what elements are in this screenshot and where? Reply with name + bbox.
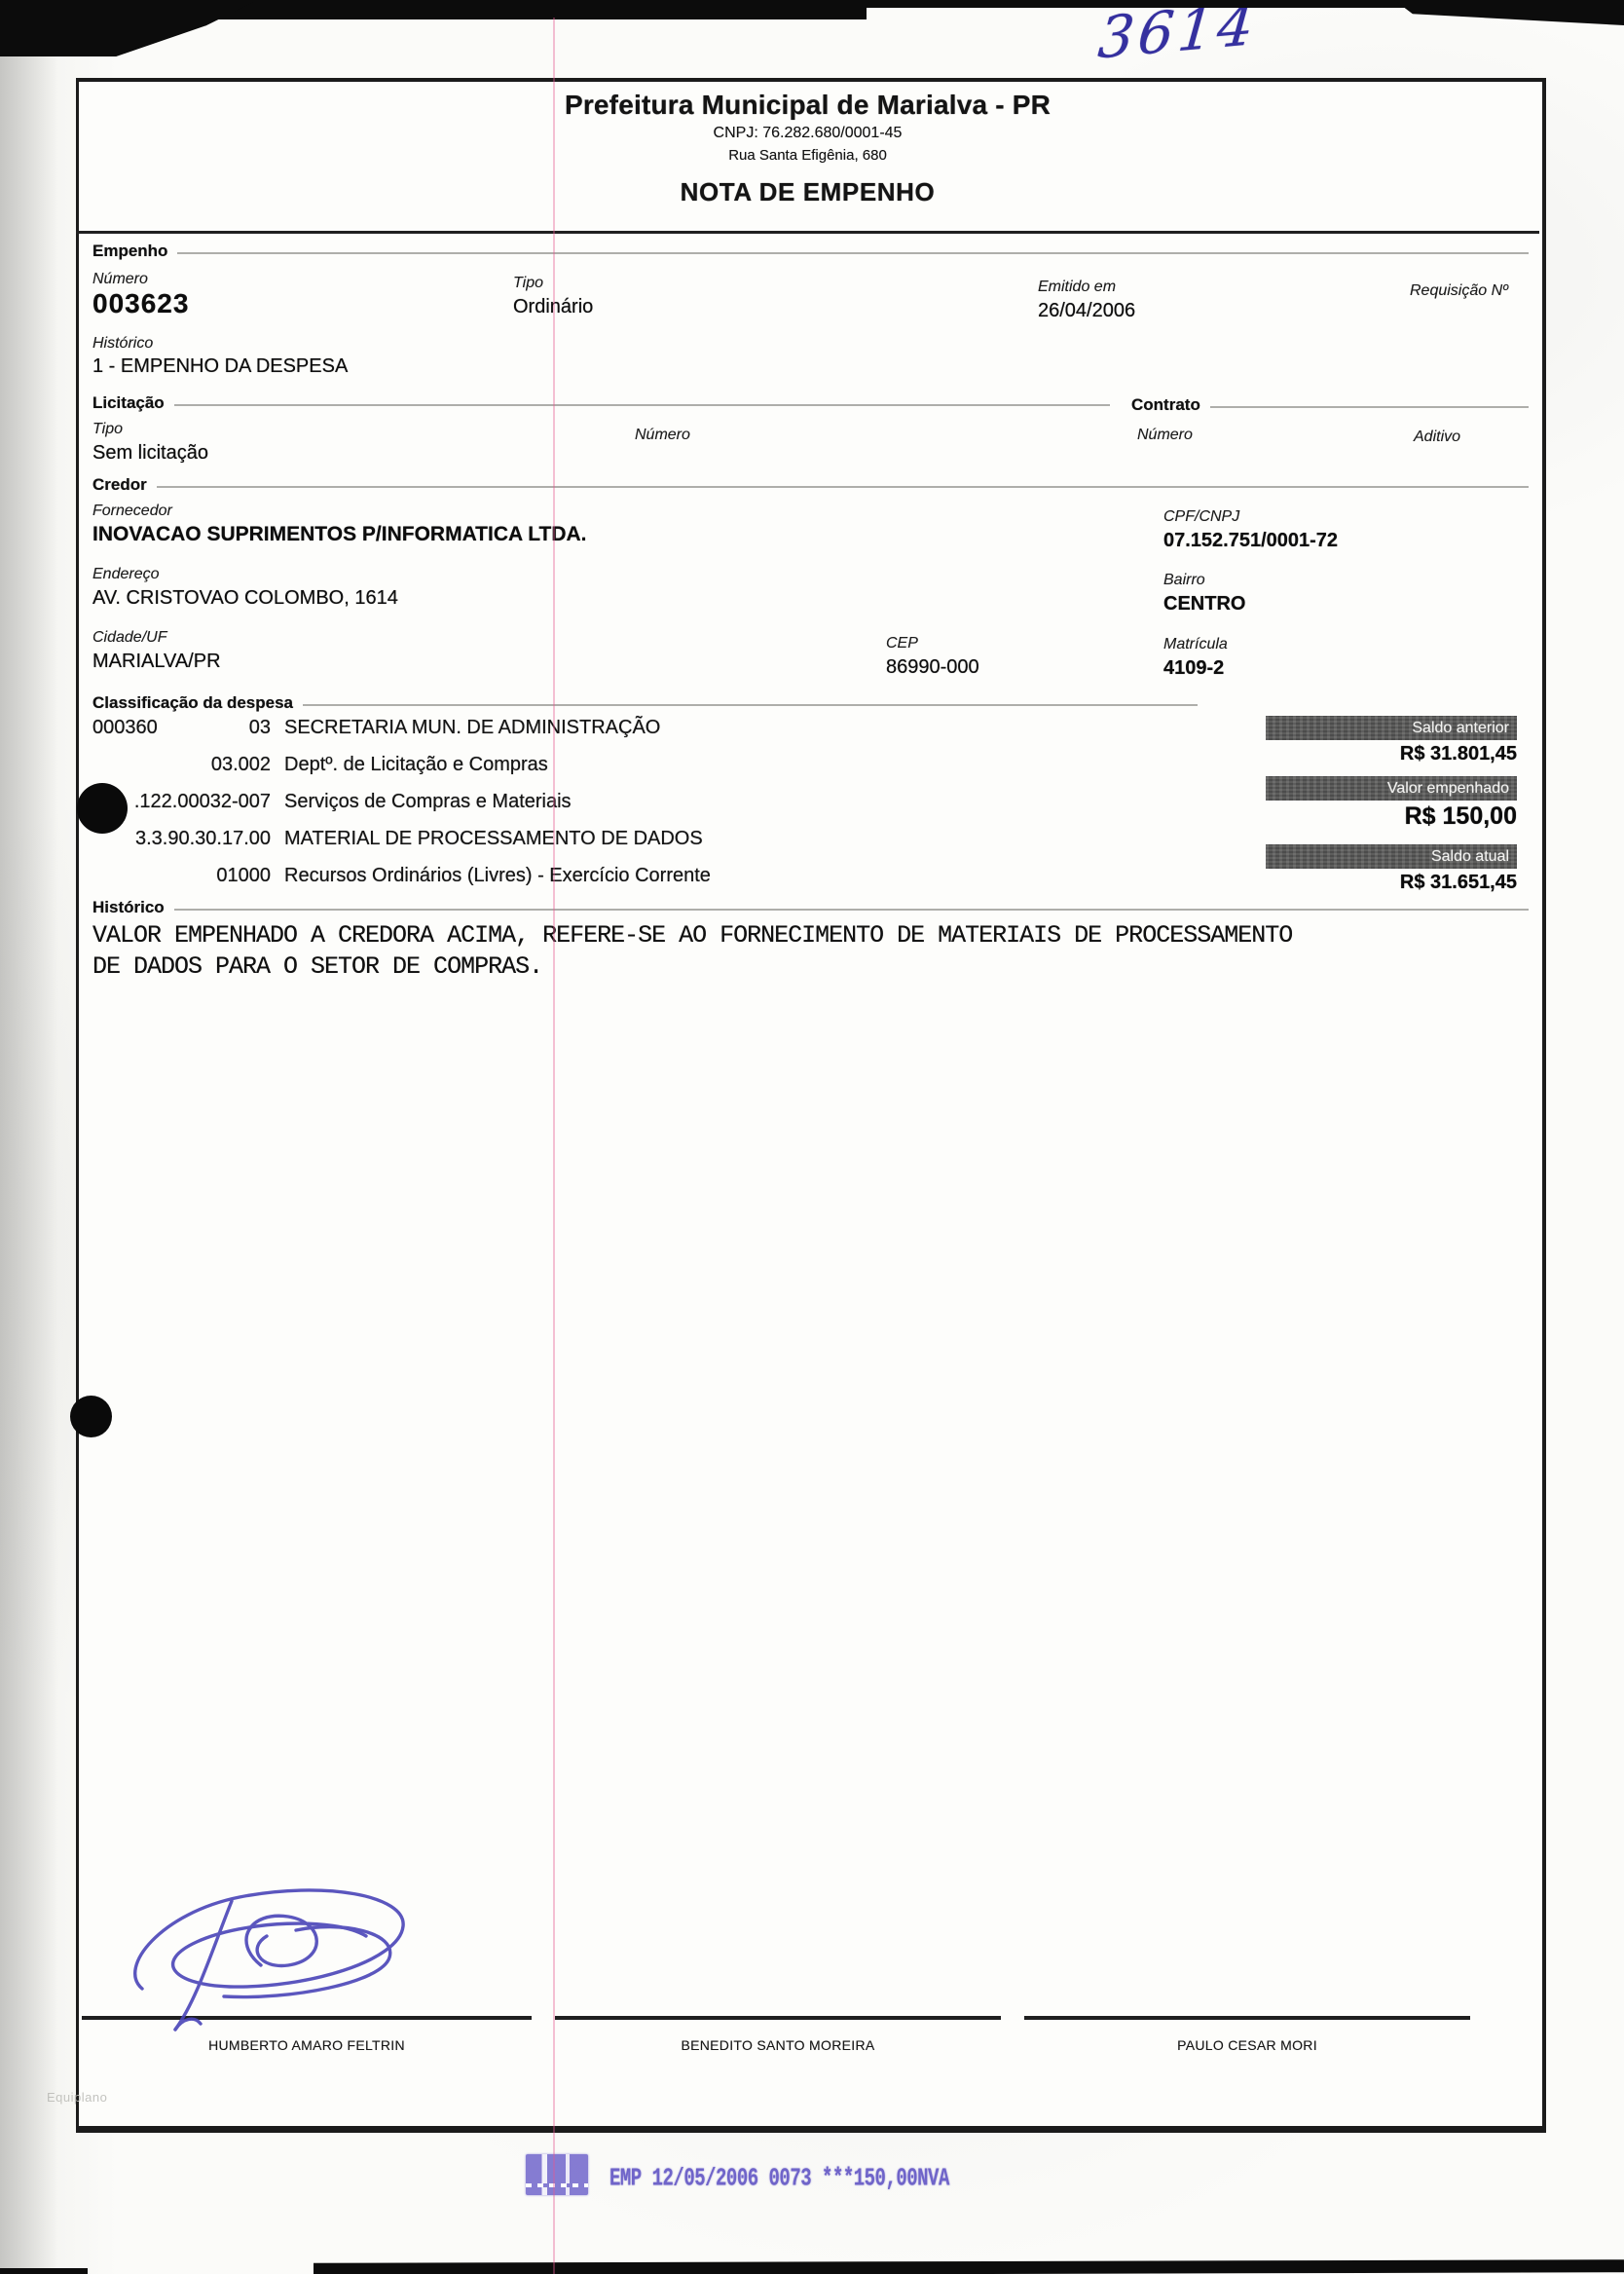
scan-edge-bottom bbox=[314, 2259, 1624, 2274]
section-credor: Credor bbox=[92, 475, 1529, 495]
section-licitacao-rule bbox=[174, 404, 1110, 406]
document-border-frame bbox=[76, 78, 1546, 2133]
licitacao-numero-label: Número bbox=[635, 427, 690, 444]
contrato-numero-label: Número bbox=[1137, 427, 1193, 444]
saldo-atual-bar: Saldo atual bbox=[1266, 844, 1517, 869]
credor-cidade-label: Cidade/UF bbox=[92, 629, 166, 647]
signatory-name: PAULO CESAR MORI bbox=[1024, 2037, 1470, 2053]
valor-empenhado-label: Valor empenhado bbox=[1387, 780, 1517, 797]
valor-empenhado-value: R$ 150,00 bbox=[1266, 802, 1517, 831]
credor-matricula-value: 4109-2 bbox=[1163, 657, 1224, 680]
section-credor-rule bbox=[157, 486, 1529, 488]
section-historico: Histórico bbox=[92, 898, 1529, 917]
credor-fornecedor-label: Fornecedor bbox=[92, 503, 172, 520]
classification-subcode: 03 bbox=[92, 717, 271, 739]
stamp-logo bbox=[526, 2154, 588, 2195]
classification-desc: MATERIAL DE PROCESSAMENTO DE DADOS bbox=[284, 828, 703, 850]
contrato-aditivo-label: Aditivo bbox=[1414, 429, 1460, 446]
section-classificacao: Classificação da despesa bbox=[92, 693, 1198, 713]
empenho-tipo-label: Tipo bbox=[513, 275, 543, 292]
empenho-numero-label: Número bbox=[92, 271, 148, 288]
valor-empenhado-bar: Valor empenhado bbox=[1266, 776, 1517, 801]
empenho-requisicao-label: Requisição Nº bbox=[1410, 282, 1508, 300]
section-classificacao-label: Classificação da despesa bbox=[92, 693, 293, 713]
scan-edge-top-thin bbox=[857, 0, 1412, 8]
section-licitacao: Licitação bbox=[92, 393, 1110, 413]
empenho-numero-value: 003623 bbox=[92, 288, 189, 319]
stamp-text: EMP 12/05/2006 0073 ***150,00NVA bbox=[609, 2164, 949, 2193]
scanned-document-page: Prefeitura Municipal de Marialva - PR CN… bbox=[0, 0, 1624, 2274]
section-empenho-rule bbox=[177, 252, 1529, 254]
scan-left-shadow bbox=[0, 0, 58, 2274]
empenho-emitido-label: Emitido em bbox=[1038, 279, 1116, 296]
punch-hole-dot bbox=[70, 1396, 112, 1437]
credor-cep-value: 86990-000 bbox=[886, 656, 979, 679]
scan-edge-bottom-left bbox=[0, 2268, 88, 2274]
classification-desc: Deptº. de Licitação e Compras bbox=[284, 754, 548, 776]
classification-subcode: 01000 bbox=[92, 865, 271, 887]
classification-desc: Serviços de Compras e Materiais bbox=[284, 791, 572, 813]
page-title: Prefeitura Municipal de Marialva - PR bbox=[76, 90, 1539, 121]
section-historico-rule bbox=[174, 909, 1529, 911]
saldo-anterior-value: R$ 31.801,45 bbox=[1266, 743, 1517, 765]
saldo-atual-label: Saldo atual bbox=[1431, 848, 1517, 865]
empenho-historico-label: Histórico bbox=[92, 335, 153, 353]
credor-cep-label: CEP bbox=[886, 635, 918, 652]
scan-pink-streak bbox=[553, 18, 555, 2274]
section-contrato-rule bbox=[1210, 406, 1529, 408]
credor-cidade-value: MARIALVA/PR bbox=[92, 651, 221, 673]
punch-hole-dot bbox=[77, 783, 128, 834]
section-classificacao-rule bbox=[303, 704, 1198, 706]
credor-endereco-value: AV. CRISTOVAO COLOMBO, 1614 bbox=[92, 587, 398, 610]
credor-cpf-value: 07.152.751/0001-72 bbox=[1163, 530, 1338, 552]
signature-line bbox=[555, 2016, 1001, 2020]
section-credor-label: Credor bbox=[92, 475, 147, 495]
empenho-emitido-value: 26/04/2006 bbox=[1038, 300, 1135, 322]
section-contrato-label: Contrato bbox=[1131, 395, 1200, 415]
licitacao-tipo-label: Tipo bbox=[92, 421, 123, 438]
saldo-anterior-bar: Saldo anterior bbox=[1266, 716, 1517, 740]
header-divider bbox=[76, 231, 1539, 234]
header-address: Rua Santa Efigênia, 680 bbox=[76, 147, 1539, 164]
historico-line2: DE DADOS PARA O SETOR DE COMPRAS. bbox=[92, 952, 542, 981]
saldo-atual-value: R$ 31.651,45 bbox=[1266, 872, 1517, 894]
classification-subcode: 03.002 bbox=[92, 754, 271, 776]
classification-desc: SECRETARIA MUN. DE ADMINISTRAÇÃO bbox=[284, 717, 660, 739]
classification-subcode: 3.3.90.30.17.00 bbox=[92, 828, 271, 850]
saldo-anterior-label: Saldo anterior bbox=[1412, 720, 1517, 736]
header-cnpj: CNPJ: 76.282.680/0001-45 bbox=[76, 125, 1539, 142]
credor-bairro-value: CENTRO bbox=[1163, 593, 1245, 615]
historico-line1: VALOR EMPENHADO A CREDORA ACIMA, REFERE-… bbox=[92, 921, 1292, 950]
section-empenho: Empenho bbox=[92, 242, 1529, 261]
licitacao-tipo-value: Sem licitação bbox=[92, 442, 208, 465]
credor-endereco-label: Endereço bbox=[92, 566, 160, 583]
credor-matricula-label: Matrícula bbox=[1163, 636, 1228, 653]
empenho-historico-value: 1 - EMPENHO DA DESPESA bbox=[92, 355, 348, 378]
section-empenho-label: Empenho bbox=[92, 242, 167, 261]
credor-cpf-label: CPF/CNPJ bbox=[1163, 508, 1239, 526]
classification-desc: Recursos Ordinários (Livres) - Exercício… bbox=[284, 865, 711, 887]
document-type-title: NOTA DE EMPENHO bbox=[76, 177, 1539, 207]
handwritten-signature bbox=[115, 1872, 436, 2057]
signature-line bbox=[1024, 2016, 1470, 2020]
section-historico-label: Histórico bbox=[92, 898, 165, 917]
credor-fornecedor-value: INOVACAO SUPRIMENTOS P/INFORMATICA LTDA. bbox=[92, 523, 587, 546]
section-contrato: Contrato bbox=[1131, 395, 1529, 415]
credor-bairro-label: Bairro bbox=[1163, 572, 1205, 589]
section-licitacao-label: Licitação bbox=[92, 393, 165, 413]
signatory-name: BENEDITO SANTO MOREIRA bbox=[555, 2037, 1001, 2053]
